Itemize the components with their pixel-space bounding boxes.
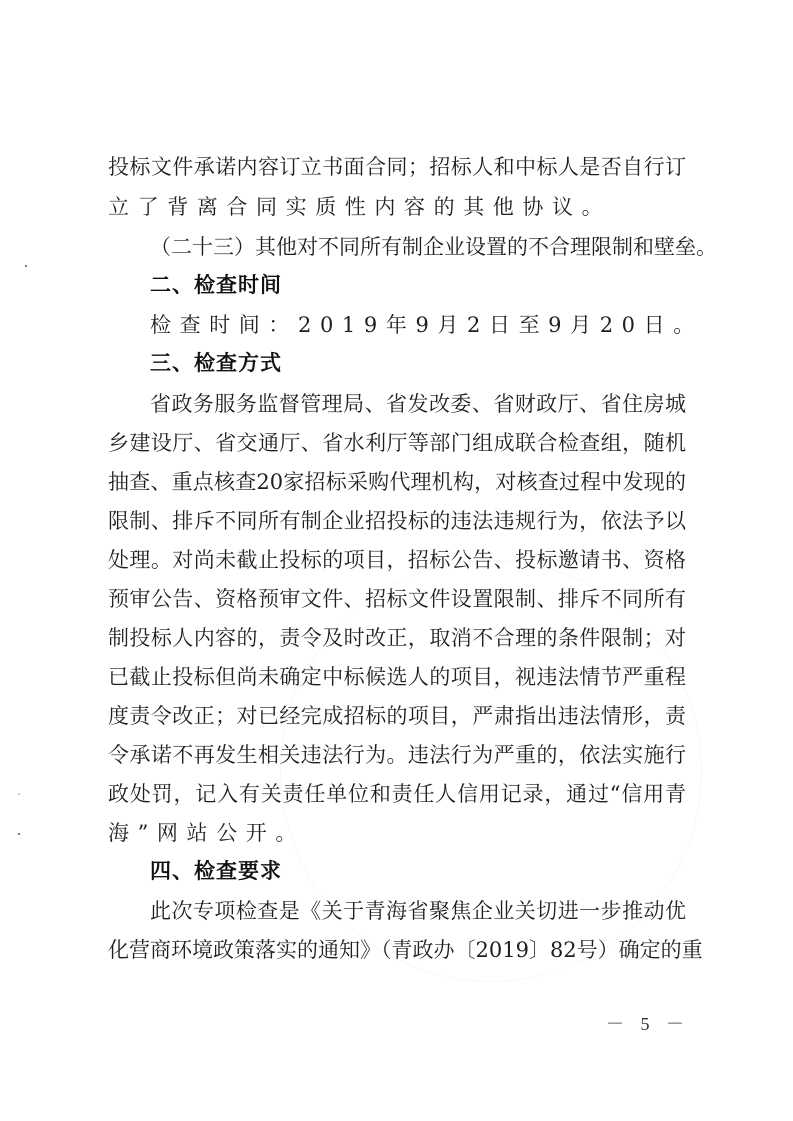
scan-speck [25, 265, 27, 267]
section-heading: 三、检查方式 [150, 348, 282, 378]
scan-speck [18, 833, 20, 835]
scan-speck [18, 793, 20, 795]
paragraph-line: 度责令改正；对已经完成招标的项目，严肃指出违法情形，责 [108, 701, 686, 731]
paragraph-line: 乡建设厅、省交通厅、省水利厅等部门组成联合检查组，随机 [108, 428, 686, 458]
paragraph-line: 检查时间：2019年9月2日至9月20日。 [150, 310, 686, 340]
section-heading: 二、检查时间 [150, 270, 282, 300]
paragraph-line: 此次专项检查是《关于青海省聚焦企业关切进一步推动优 [150, 896, 686, 926]
paragraph-line: 预审公告、资格预审文件、招标文件设置限制、排斥不同所有 [108, 584, 686, 614]
paragraph-line: 省政务服务监督管理局、省发改委、省财政厅、省住房城 [150, 389, 686, 419]
section-heading: 四、检查要求 [150, 856, 282, 886]
page-number: － 5 － [606, 1010, 690, 1036]
document-page: 投标文件承诺内容订立书面合同；招标人和中标人是否自行订立了背离合同实质性内容的其… [0, 0, 793, 1121]
paragraph-line: 已截止投标但尚未确定中标候选人的项目，视违法情节严重程 [108, 662, 686, 692]
paragraph-line: 化营商环境政策落实的通知》（青政办〔2019〕82号）确定的重 [108, 935, 686, 965]
paragraph-line: 处理。对尚未截止投标的项目，招标公告、投标邀请书、资格 [108, 545, 686, 575]
paragraph-line: 制投标人内容的，责令及时改正，取消不合理的条件限制；对 [108, 623, 686, 653]
paragraph-line: 投标文件承诺内容订立书面合同；招标人和中标人是否自行订 [108, 152, 686, 182]
paragraph-line: 抽查、重点核查20家招标采购代理机构，对核查过程中发现的 [108, 467, 686, 497]
paragraph-line: 限制、排斥不同所有制企业招投标的违法违规行为，依法予以 [108, 506, 686, 536]
paragraph-line: 海”网站公开。 [108, 818, 686, 848]
paragraph-line: 令承诺不再发生相关违法行为。违法行为严重的，依法实施行 [108, 740, 686, 770]
paragraph-line: （二十三）其他对不同所有制企业设置的不合理限制和壁垒。 [150, 232, 686, 262]
paragraph-line: 政处罚，记入有关责任单位和责任人信用记录，通过“信用青 [108, 779, 686, 809]
paragraph-line: 立了背离合同实质性内容的其他协议。 [108, 192, 686, 222]
